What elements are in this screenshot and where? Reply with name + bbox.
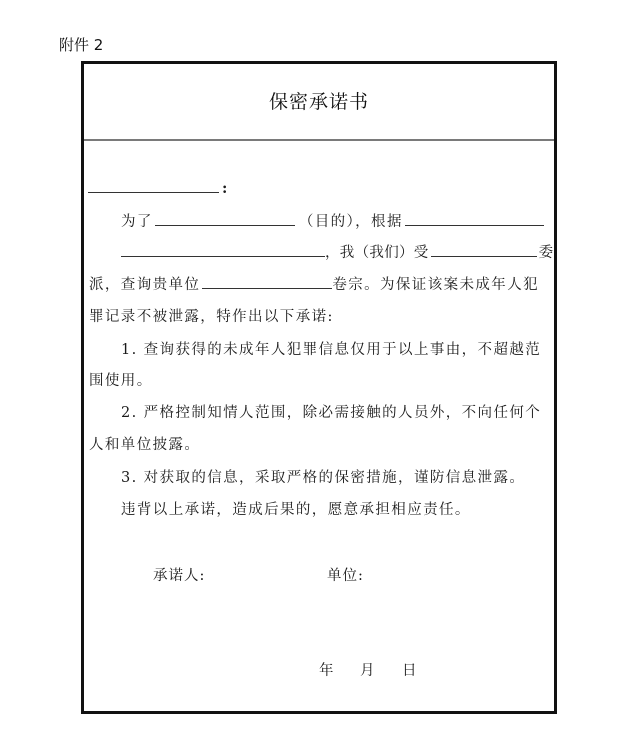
unit-label: 单位: <box>327 566 364 586</box>
date-day: 日 <box>402 661 417 681</box>
document-frame: 保密承诺书 : 为了（目的），根据 ，我（我们）受委 派，查询贵单位卷宗。为保证… <box>81 61 557 714</box>
wei-le-text: 为了 <box>121 214 153 230</box>
wei-text: 委 <box>539 245 554 261</box>
pai-chaxun-text: 派，查询贵单位 <box>89 277 200 293</box>
addressee-blank[interactable] <box>88 178 219 193</box>
commitment-3-line-1: 3. 对获取的信息，采取严格的保密措施，谨防信息泄露。 <box>121 468 525 488</box>
purpose-blank[interactable] <box>155 211 295 226</box>
title-section: 保密承诺书 <box>84 64 554 141</box>
salutation-line: : <box>88 178 227 199</box>
date-year: 年 <box>319 661 334 681</box>
document-title: 保密承诺书 <box>84 87 554 114</box>
basis-continued-blank[interactable] <box>121 242 325 257</box>
wo-women-shou-text: ，我（我们）受 <box>325 245 429 261</box>
commitment-1-line-1: 1. 查询获得的未成年人犯罪信息仅用于以上事由，不超越范 <box>121 340 541 360</box>
commitment-1-line-2: 围使用。 <box>89 371 153 391</box>
commitment-2-line-2: 人和单位披露。 <box>89 435 200 455</box>
delegation-line: ，我（我们）受委 <box>121 242 553 263</box>
commitment-2-line-1: 2. 严格控制知情人范围，除必需接触的人员外，不向任何个 <box>121 403 541 423</box>
closing-statement: 违背以上承诺，造成后果的，愿意承担相应责任。 <box>121 500 471 520</box>
purpose-line: 为了（目的），根据 <box>121 211 544 232</box>
promisor-label: 承诺人: <box>153 566 205 586</box>
intro-commitments-line: 罪记录不被泄露，特作出以下承诺: <box>89 307 334 327</box>
attachment-label: 附件 2 <box>59 34 103 55</box>
date-month: 月 <box>360 661 375 681</box>
basis-blank[interactable] <box>405 211 544 226</box>
juanzong-text: 卷宗。为保证该案未成年人犯 <box>332 277 539 293</box>
delegator-blank[interactable] <box>431 242 537 257</box>
purpose-suffix-text: （目的），根据 <box>299 214 403 230</box>
query-unit-line: 派，查询贵单位卷宗。为保证该案未成年人犯 <box>89 274 539 295</box>
queried-unit-blank[interactable] <box>202 274 332 289</box>
salutation-colon: : <box>222 180 227 197</box>
